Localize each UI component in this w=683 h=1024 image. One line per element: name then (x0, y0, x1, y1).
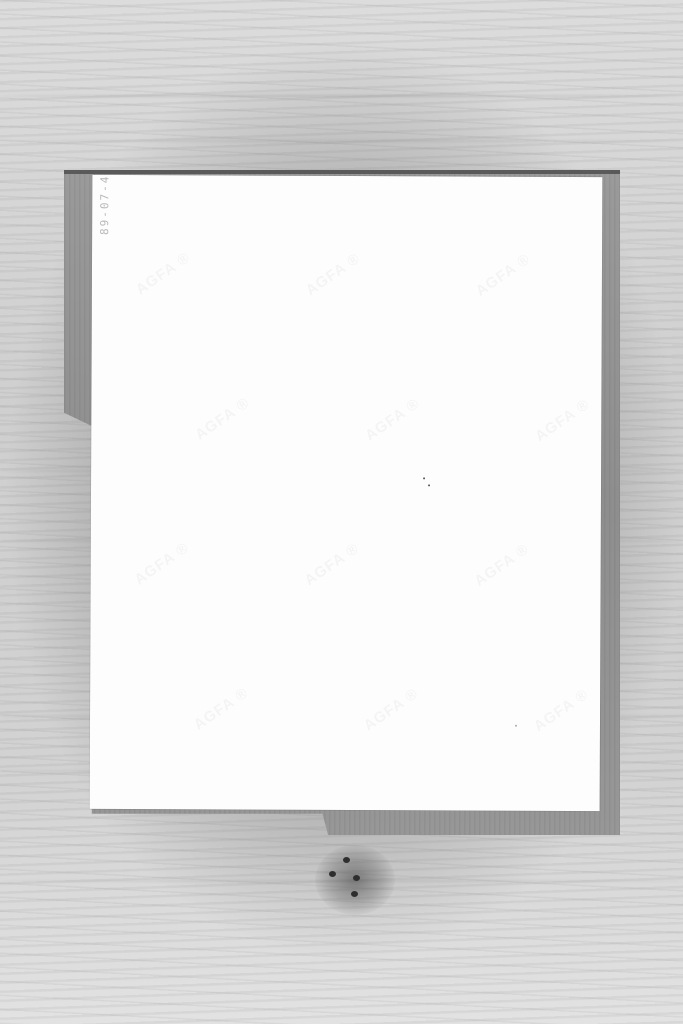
knot-spot (351, 891, 358, 897)
wood-grain (0, 95, 683, 97)
dust-speck (423, 477, 425, 479)
agfa-watermark: AGFA ® (473, 250, 534, 300)
agfa-watermark: AGFA ® (362, 395, 423, 445)
wood-knot (315, 845, 395, 915)
dust-speck (515, 725, 517, 727)
agfa-watermark: AGFA ® (361, 685, 422, 735)
board-top-edge (64, 170, 620, 174)
agfa-watermark: AGFA ® (131, 539, 192, 589)
agfa-watermark: AGFA ® (191, 684, 252, 734)
wood-grain (0, 140, 683, 142)
handwritten-notation: 89-07-4 (98, 175, 111, 235)
agfa-watermark: AGFA ® (532, 396, 593, 446)
photo-paper-sheet: 89-07-4 AGFA ®AGFA ®AGFA ®AGFA ®AGFA ®AG… (90, 175, 603, 811)
agfa-watermark: AGFA ® (301, 540, 362, 590)
knot-spot (343, 857, 350, 863)
knot-spot (353, 875, 360, 881)
knot-spot (329, 871, 336, 877)
agfa-watermark: AGFA ® (192, 394, 253, 444)
agfa-watermark: AGFA ® (303, 250, 364, 300)
agfa-watermark: AGFA ® (471, 540, 532, 590)
dust-speck (428, 484, 430, 486)
agfa-watermark: AGFA ® (531, 686, 592, 736)
agfa-watermark: AGFA ® (133, 249, 194, 299)
wood-surface: 89-07-4 AGFA ®AGFA ®AGFA ®AGFA ®AGFA ®AG… (0, 0, 683, 1024)
